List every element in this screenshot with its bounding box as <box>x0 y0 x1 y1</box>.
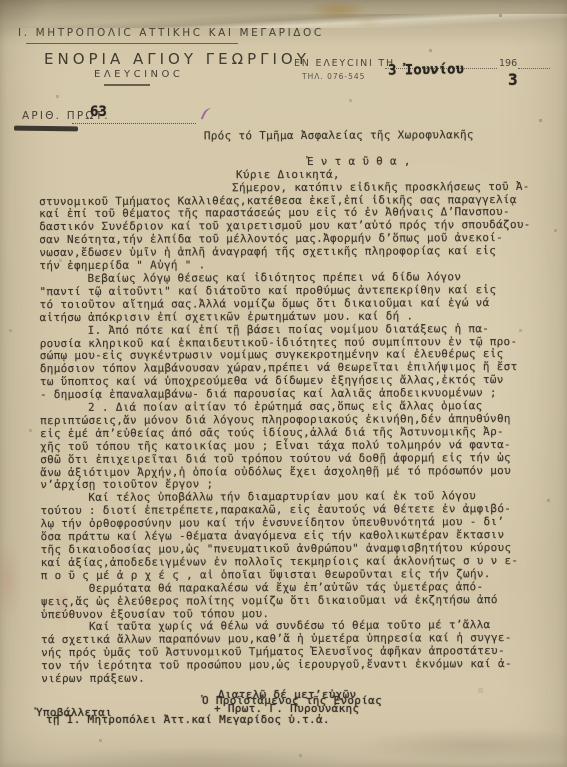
letterhead-parish: ΕΝΟΡΙΑ ΑΓΙΟΥ ΓΕΩΡΓΙΟΥ <box>44 50 310 68</box>
letterhead-town-rule <box>104 84 150 86</box>
paper-specks <box>0 0 1 1</box>
typed-date: 3 Ἰουνίου <box>388 61 464 78</box>
body-line: ψεις,ἅς ὡς ἐλεύθερος πολίτης νομίζω ὅτι … <box>41 594 553 609</box>
letterhead-metropolis: Ι. ΜΗΤΡΟΠΟΛΙC ΑΤΤΙΚΗC ΚΑΙ ΜΕΓΑΡΙΔΟC <box>18 27 324 39</box>
letter-body: Πρός τό Τμῆμα Ἀσφαλείας τῆς Χωροφυλακῆς … <box>39 129 553 686</box>
letterhead-rule <box>26 43 238 44</box>
protocol-dotted-rule <box>72 114 196 124</box>
routing-note: τῇ Ἱ. Μητροπόλει Ἀττ.καί Μεγαρίδος ὑ.τ.ἀ… <box>46 713 330 726</box>
body-line: νιέρων πράξεων. <box>41 671 553 686</box>
dateline-prefix: ΕΝ ΕΛΕΥCΙΝΙ ΤΗ <box>294 58 395 69</box>
dateline-year-printed: 196 <box>499 58 517 69</box>
letterhead-town: ΕΛΕΥCΙΝΟC <box>94 69 183 80</box>
scanned-letter-page: Ι. ΜΗΤΡΟΠΟΛΙC ΑΤΤΙΚΗC ΚΑΙ ΜΕΓΑΡΙΔΟC ΕΝΟΡ… <box>0 0 567 767</box>
phone-number: ΤΗΛ. 076-545 <box>302 72 365 81</box>
typed-year-digit: 3 <box>508 70 518 89</box>
signature-block: Διατελῶ δέ μετ’εὐχῶν Ὁ Προϊστάμενος τῆς … <box>0 685 567 755</box>
paper-crease <box>0 14 567 28</box>
body-line: Ἐ ν τ α ῦ θ α , <box>307 155 551 169</box>
purple-pen-mark <box>201 106 218 124</box>
dateline-year-dotted-rule <box>518 59 550 69</box>
